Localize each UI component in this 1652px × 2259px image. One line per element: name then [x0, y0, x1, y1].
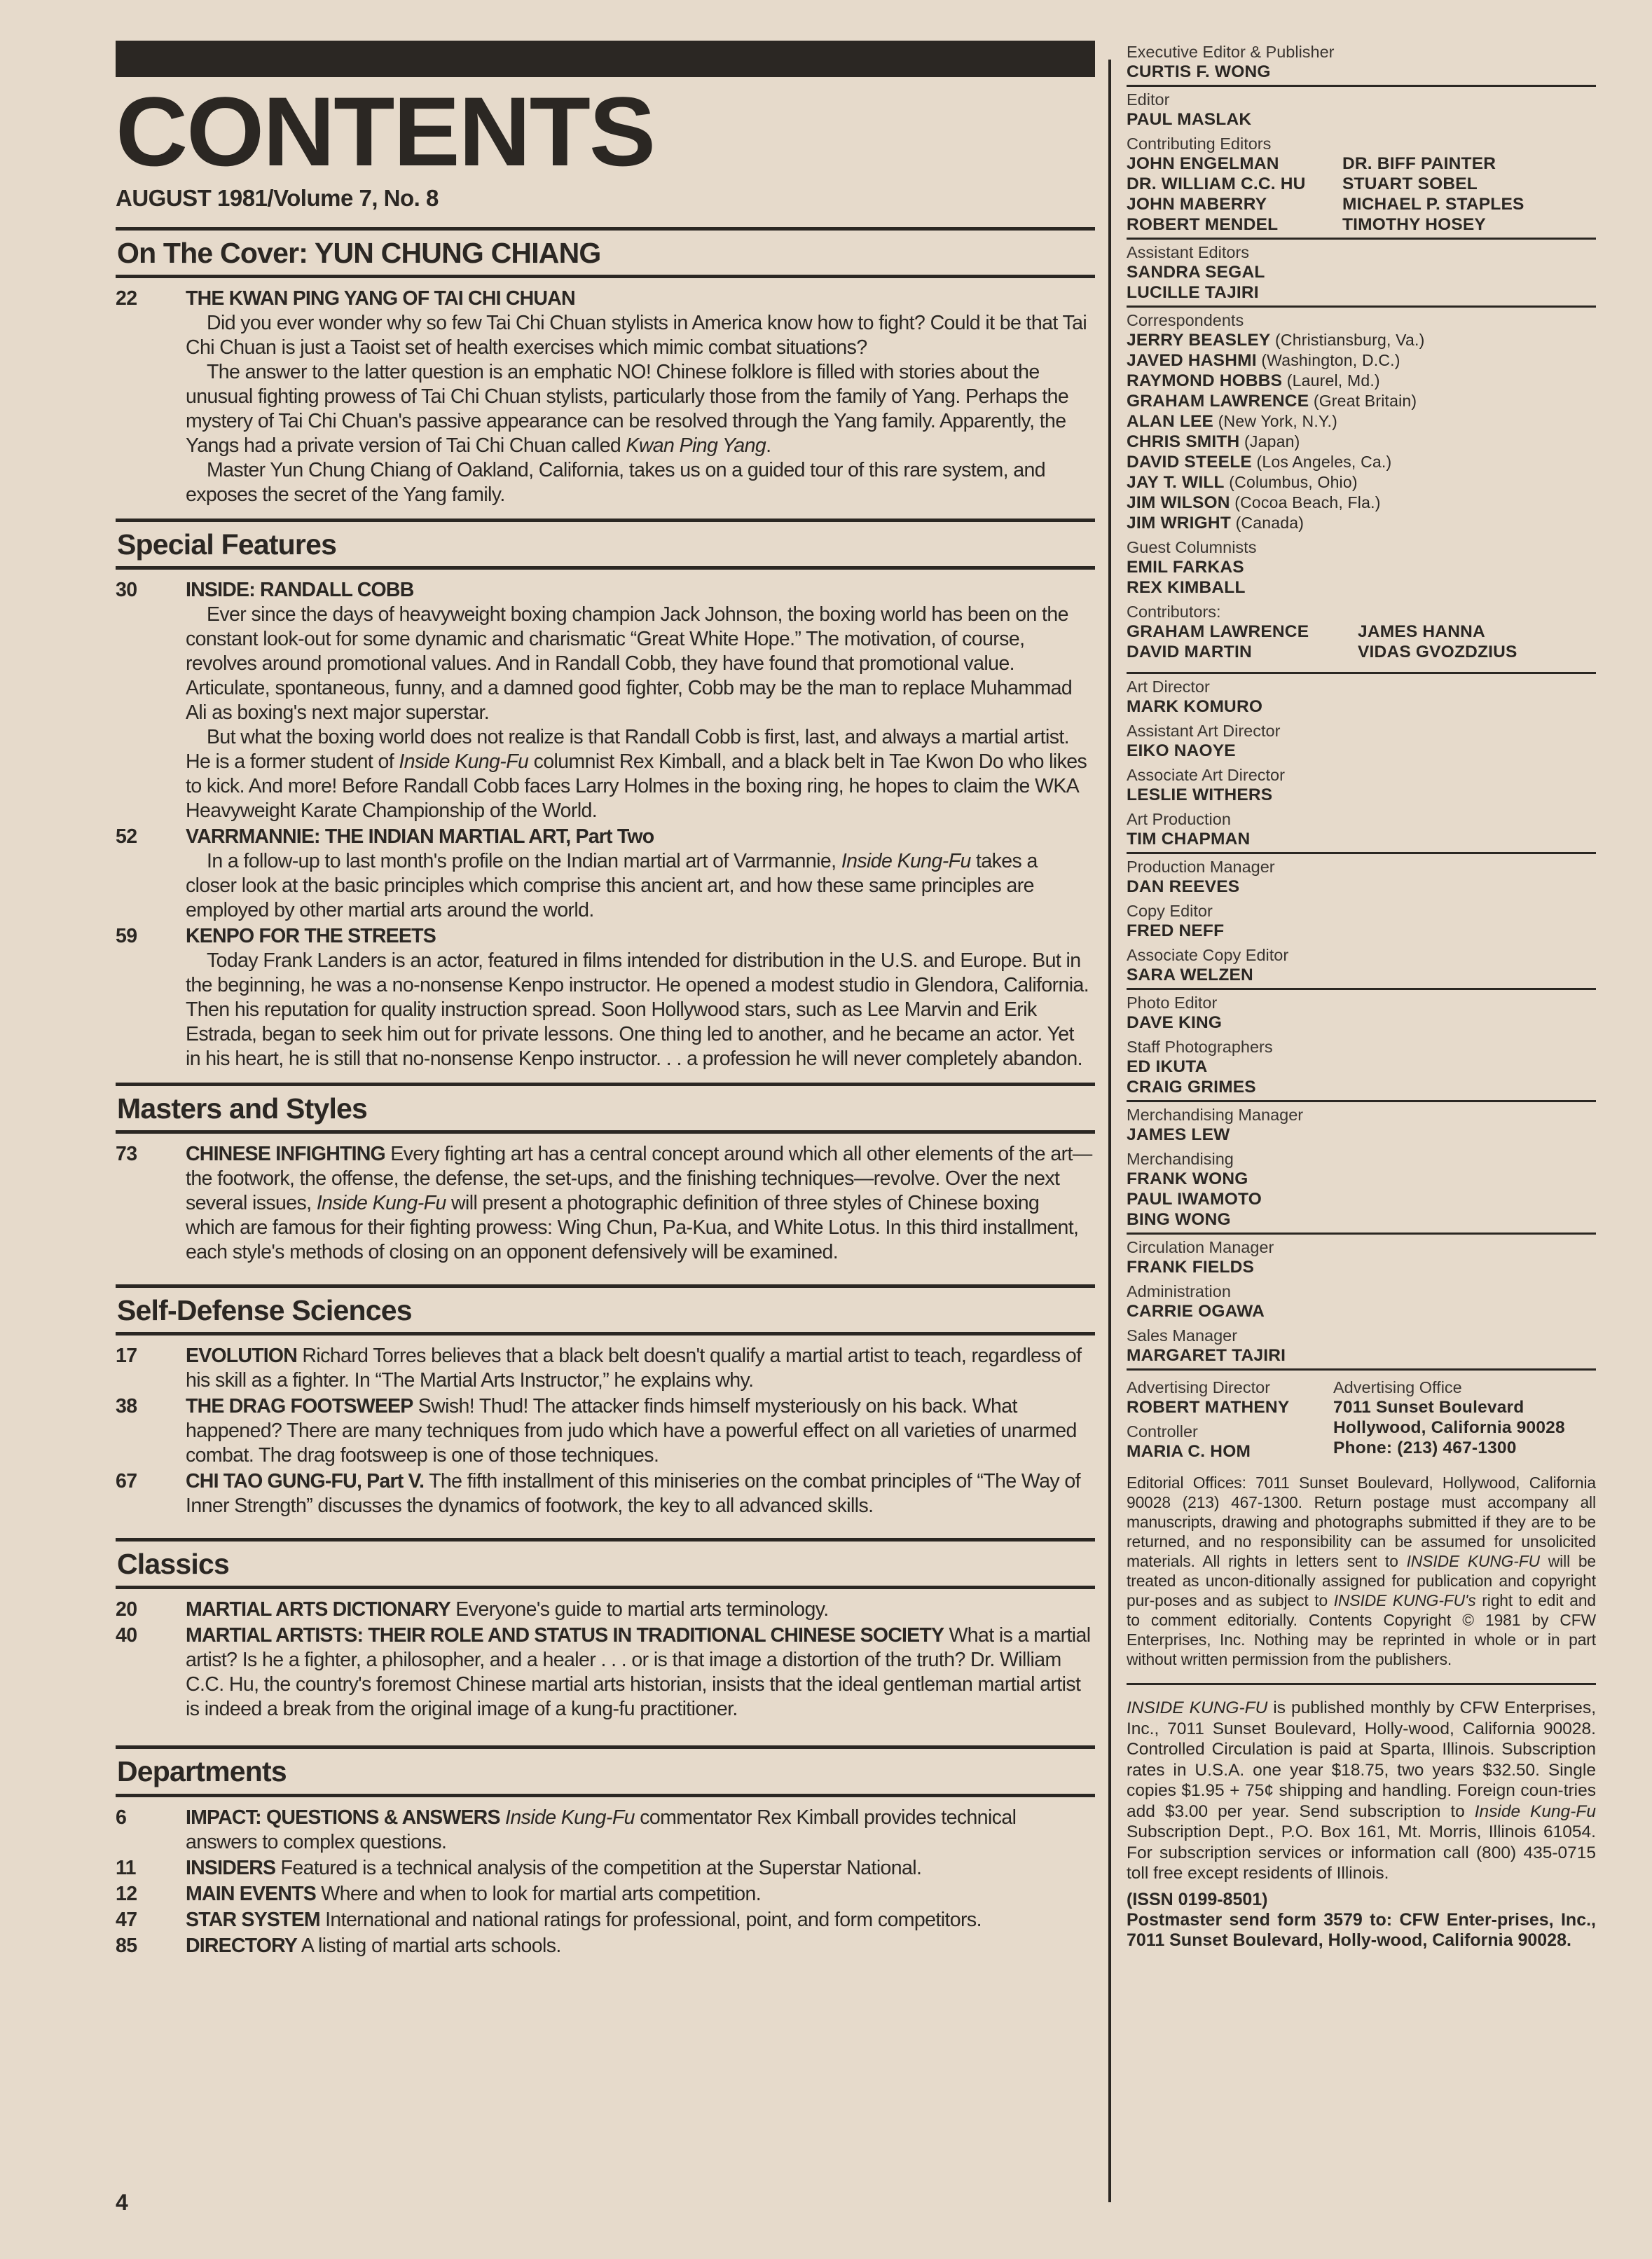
entry-page-number: 11 — [116, 1856, 186, 1881]
masthead-column: Executive Editor & Publisher CURTIS F. W… — [1127, 39, 1596, 1951]
guest-columnists-list: EMIL FARKASREX KIMBALL — [1127, 557, 1596, 598]
entry-page-number: 59 — [116, 924, 186, 1071]
entry-title[interactable]: IMPACT: QUESTIONS & ANSWERS — [186, 1806, 500, 1829]
role-label: Merchandising Manager — [1127, 1105, 1596, 1125]
staff-name: ROBERT MATHENY — [1127, 1397, 1333, 1417]
contents-section: Special Features30INSIDE: RANDALL COBBEv… — [116, 519, 1095, 1071]
toc-entry[interactable]: 59KENPO FOR THE STREETSToday Frank Lande… — [116, 924, 1095, 1071]
correspondent-location: (Columbus, Ohio) — [1225, 473, 1358, 491]
entry-body: INSIDE: RANDALL COBBEver since the days … — [186, 578, 1095, 823]
entry-body: EVOLUTION Richard Torres believes that a… — [186, 1344, 1095, 1393]
staff-name: CURTIS F. WONG — [1127, 62, 1596, 82]
entry-description: Everyone's guide to martial arts termino… — [450, 1598, 829, 1621]
correspondent-name: JIM WRIGHT — [1127, 514, 1231, 533]
entry-page-number: 85 — [116, 1934, 186, 1958]
staff-name: PAUL MASLAK — [1127, 109, 1596, 130]
toc-entry[interactable]: 47STAR SYSTEM International and national… — [116, 1908, 1095, 1932]
role-label: Merchandising — [1127, 1149, 1596, 1169]
toc-entry[interactable]: 38THE DRAG FOOTSWEEP Swish! Thud! The at… — [116, 1394, 1095, 1468]
role-label: Production Manager — [1127, 857, 1596, 877]
entry-body: MARTIAL ARTS DICTIONARY Everyone's guide… — [186, 1598, 1095, 1622]
correspondent-location: (Laurel, Md.) — [1282, 371, 1380, 390]
staff-name: SARA WELZEN — [1127, 965, 1596, 985]
entry-body: KENPO FOR THE STREETSToday Frank Landers… — [186, 924, 1095, 1071]
entry-list: 22THE KWAN PING YANG OF TAI CHI CHUANDid… — [116, 278, 1095, 507]
magazine-contents-page: CONTENTS AUGUST 1981/Volume 7, No. 8 On … — [0, 0, 1652, 2259]
entry-page-number: 73 — [116, 1142, 186, 1265]
role-label: Contributors: — [1127, 602, 1596, 622]
entry-page-number: 20 — [116, 1598, 186, 1622]
section-heading: Departments — [116, 1745, 1095, 1797]
toc-entry[interactable]: 6IMPACT: QUESTIONS & ANSWERS Inside Kung… — [116, 1806, 1095, 1855]
entry-page-number: 12 — [116, 1882, 186, 1907]
role-label: Copy Editor — [1127, 901, 1596, 921]
entry-body: INSIDERS Featured is a technical analysi… — [186, 1856, 1095, 1881]
staff-exec: Executive Editor & Publisher CURTIS F. W… — [1127, 42, 1596, 87]
entry-list: 30INSIDE: RANDALL COBBEver since the day… — [116, 570, 1095, 1071]
page-title: CONTENTS — [116, 83, 1115, 181]
entry-description: Ever since the days of heavyweight boxin… — [186, 603, 1092, 725]
staff-name: ROBERT MENDEL — [1127, 214, 1342, 235]
entry-title[interactable]: KENPO FOR THE STREETS — [186, 924, 1092, 949]
correspondent-name: JAVED HASHMI — [1127, 351, 1257, 370]
staff-name: JOHN ENGELMAN — [1127, 153, 1342, 174]
role-label: Circulation Manager — [1127, 1237, 1596, 1257]
correspondent-location: (Great Britain) — [1309, 392, 1417, 410]
correspondent: CHRIS SMITH (Japan) — [1127, 432, 1596, 452]
role-label: Correspondents — [1127, 310, 1596, 330]
contents-section: On The Cover: YUN CHUNG CHIANG22THE KWAN… — [116, 227, 1095, 507]
correspondent-location: (Christiansburg, Va.) — [1270, 331, 1424, 349]
entry-list: 20MARTIAL ARTS DICTIONARY Everyone's gui… — [116, 1589, 1095, 1722]
contents-column: CONTENTS AUGUST 1981/Volume 7, No. 8 On … — [116, 41, 1095, 1958]
staff-production: Production ManagerDAN REEVESCopy EditorF… — [1127, 857, 1596, 990]
staff-name: MARGARET TAJIRI — [1127, 1345, 1596, 1366]
entry-body: MAIN EVENTS Where and when to look for m… — [186, 1882, 1095, 1907]
entry-page-number: 67 — [116, 1469, 186, 1518]
section-heading: Classics — [116, 1538, 1095, 1589]
toc-entry[interactable]: 52VARRMANNIE: THE INDIAN MARTIAL ART, Pa… — [116, 825, 1095, 923]
entry-body: CHINESE INFIGHTING Every fighting art ha… — [186, 1142, 1095, 1265]
correspondent-location: (Japan) — [1239, 432, 1300, 451]
role-label: Associate Art Director — [1127, 765, 1596, 785]
correspondent-location: (Canada) — [1231, 514, 1304, 532]
staff-name: Phone: (213) 467-1300 — [1333, 1438, 1596, 1458]
entry-body: IMPACT: QUESTIONS & ANSWERS Inside Kung-… — [186, 1806, 1095, 1855]
entry-title[interactable]: MARTIAL ARTS DICTIONARY — [186, 1598, 450, 1621]
entry-page-number: 47 — [116, 1908, 186, 1932]
toc-entry[interactable]: 11INSIDERS Featured is a technical analy… — [116, 1856, 1095, 1881]
staff-assistant-editors: Assistant Editors SANDRA SEGALLUCILLE TA… — [1127, 242, 1596, 308]
entry-body: THE DRAG FOOTSWEEP Swish! Thud! The atta… — [186, 1394, 1095, 1468]
staff-name: JOHN MABERRY — [1127, 194, 1342, 214]
staff-name: ED IKUTA — [1127, 1057, 1596, 1077]
entry-body: STAR SYSTEM International and national r… — [186, 1908, 1095, 1932]
entry-description: Richard Torres believes that a black bel… — [186, 1345, 1081, 1392]
correspondent-location: (Cocoa Beach, Fla.) — [1230, 493, 1381, 511]
advertising-block: Advertising Director ROBERT MATHENY Cont… — [1127, 1373, 1596, 1462]
correspondent-name: JERRY BEASLEY — [1127, 331, 1270, 350]
entry-description: A listing of martial arts schools. — [297, 1935, 561, 1957]
staff-name: EIKO NAOYE — [1127, 741, 1596, 761]
staff-name: LESLIE WITHERS — [1127, 785, 1596, 805]
staff-name: DAN REEVES — [1127, 877, 1596, 897]
toc-entry[interactable]: 20MARTIAL ARTS DICTIONARY Everyone's gui… — [116, 1598, 1095, 1622]
contents-section: Classics20MARTIAL ARTS DICTIONARY Everyo… — [116, 1538, 1095, 1722]
staff-name: TIMOTHY HOSEY — [1342, 214, 1596, 235]
role-label: Staff Photographers — [1127, 1037, 1596, 1057]
staff-name: MARIA C. HOM — [1127, 1441, 1333, 1462]
staff-name: BING WONG — [1127, 1209, 1596, 1230]
role-label: Editor — [1127, 90, 1596, 109]
entry-title[interactable]: THE KWAN PING YANG OF TAI CHI CHUAN — [186, 287, 1092, 311]
office-address: 7011 Sunset BoulevardHollywood, Californ… — [1333, 1397, 1596, 1458]
role-label: Sales Manager — [1127, 1326, 1596, 1345]
entry-description: Today Frank Landers is an actor, feature… — [186, 949, 1092, 1071]
role-label: Assistant Art Director — [1127, 721, 1596, 741]
staff-name: DR. WILLIAM C.C. HU — [1127, 174, 1342, 194]
correspondent: JERRY BEASLEY (Christiansburg, Va.) — [1127, 330, 1596, 350]
role-label: Controller — [1127, 1422, 1333, 1441]
role-label: Photo Editor — [1127, 993, 1596, 1012]
role-label: Advertising Director — [1127, 1378, 1333, 1397]
staff-name: DAVID MARTIN — [1127, 642, 1358, 662]
entry-body: VARRMANNIE: THE INDIAN MARTIAL ART, Part… — [186, 825, 1095, 923]
entry-page-number: 52 — [116, 825, 186, 923]
correspondent: ALAN LEE (New York, N.Y.) — [1127, 411, 1596, 432]
staff-name: GRAHAM LAWRENCE — [1127, 622, 1358, 642]
staff-art: Art DirectorMARK KOMUROAssistant Art Dir… — [1127, 677, 1596, 854]
role-label: Guest Columnists — [1127, 537, 1596, 557]
contributors-list: GRAHAM LAWRENCEJAMES HANNADAVID MARTINVI… — [1127, 622, 1596, 662]
correspondent: JAVED HASHMI (Washington, D.C.) — [1127, 350, 1596, 371]
entry-page-number: 6 — [116, 1806, 186, 1855]
role-label: Art Director — [1127, 677, 1596, 696]
column-divider — [1108, 60, 1111, 2202]
role-label: Associate Copy Editor — [1127, 945, 1596, 965]
entry-body: MARTIAL ARTISTS: THEIR ROLE AND STATUS I… — [186, 1623, 1095, 1722]
entry-page-number: 40 — [116, 1623, 186, 1722]
entry-title[interactable]: INSIDERS — [186, 1857, 275, 1879]
issue-date: AUGUST 1981/Volume 7, No. 8 — [116, 185, 1095, 212]
staff-name: JAMES HANNA — [1358, 622, 1596, 642]
entry-list: 17EVOLUTION Richard Torres believes that… — [116, 1336, 1095, 1518]
entry-title[interactable]: STAR SYSTEM — [186, 1909, 320, 1931]
staff-name: JAMES LEW — [1127, 1125, 1596, 1145]
toc-entry[interactable]: 17EVOLUTION Richard Torres believes that… — [116, 1344, 1095, 1393]
correspondent-name: RAYMOND HOBBS — [1127, 371, 1282, 390]
role-label: Contributing Editors — [1127, 134, 1596, 153]
entry-title[interactable]: VARRMANNIE: THE INDIAN MARTIAL ART, Part… — [186, 825, 1092, 849]
correspondent: JIM WILSON (Cocoa Beach, Fla.) — [1127, 493, 1596, 513]
publication-notice: INSIDE KUNG-FU is published monthly by C… — [1127, 1698, 1596, 1884]
toc-entry[interactable]: 67CHI TAO GUNG-FU, Part V. The fifth ins… — [116, 1469, 1095, 1518]
staff-name: FRED NEFF — [1127, 921, 1596, 941]
correspondent-name: DAVID STEELE — [1127, 453, 1252, 472]
staff-editors: Editor PAUL MASLAK Contributing Editors … — [1127, 90, 1596, 240]
staff-photo: Photo EditorDAVE KINGStaff Photographers… — [1127, 993, 1596, 1102]
sections-container: On The Cover: YUN CHUNG CHIANG22THE KWAN… — [116, 227, 1095, 1958]
correspondent-location: (Washington, D.C.) — [1257, 351, 1400, 369]
correspondent-name: JAY T. WILL — [1127, 473, 1225, 492]
staff-name: MICHAEL P. STAPLES — [1342, 194, 1596, 214]
issn: (ISSN 0199-8501) — [1127, 1890, 1596, 1910]
toc-entry[interactable]: 73CHINESE INFIGHTING Every fighting art … — [116, 1142, 1095, 1265]
section-heading: On The Cover: YUN CHUNG CHIANG — [116, 227, 1095, 278]
entry-description: Master Yun Chung Chiang of Oakland, Cali… — [186, 458, 1092, 507]
staff-correspondents: Correspondents JERRY BEASLEY (Christians… — [1127, 310, 1596, 674]
correspondents-list: JERRY BEASLEY (Christiansburg, Va.)JAVED… — [1127, 330, 1596, 533]
advertising-staff: Advertising Director ROBERT MATHENY Cont… — [1127, 1375, 1333, 1462]
contents-section: Departments6IMPACT: QUESTIONS & ANSWERS … — [116, 1745, 1095, 1958]
staff-name: CARRIE OGAWA — [1127, 1301, 1596, 1321]
toc-entry[interactable]: 30INSIDE: RANDALL COBBEver since the day… — [116, 578, 1095, 823]
staff-name: CRAIG GRIMES — [1127, 1077, 1596, 1097]
role-label: Art Production — [1127, 809, 1596, 829]
advertising-office: Advertising Office 7011 Sunset Boulevard… — [1333, 1375, 1596, 1462]
entry-title[interactable]: EVOLUTION — [186, 1345, 297, 1367]
entry-page-number: 30 — [116, 578, 186, 823]
staff-name: PAUL IWAMOTO — [1127, 1189, 1596, 1209]
entry-description: But what the boxing world does not reali… — [186, 725, 1092, 823]
contents-section: Self-Defense Sciences17EVOLUTION Richard… — [116, 1284, 1095, 1518]
staff-circulation: Circulation ManagerFRANK FIELDSAdministr… — [1127, 1237, 1596, 1371]
correspondent: RAYMOND HOBBS (Laurel, Md.) — [1127, 371, 1596, 391]
entry-list: 73CHINESE INFIGHTING Every fighting art … — [116, 1134, 1095, 1265]
toc-entry[interactable]: 40MARTIAL ARTISTS: THEIR ROLE AND STATUS… — [116, 1623, 1095, 1722]
entry-page-number: 17 — [116, 1344, 186, 1393]
entry-title[interactable]: MARTIAL ARTISTS: THEIR ROLE AND STATUS I… — [186, 1624, 944, 1647]
correspondent-name: JIM WILSON — [1127, 493, 1230, 512]
contents-section: Masters and Styles73CHINESE INFIGHTING E… — [116, 1083, 1095, 1265]
entry-page-number: 22 — [116, 287, 186, 507]
toc-entry[interactable]: 12MAIN EVENTS Where and when to look for… — [116, 1882, 1095, 1907]
header-black-bar — [116, 41, 1095, 77]
role-label: Assistant Editors — [1127, 242, 1596, 262]
staff-name: DR. BIFF PAINTER — [1342, 153, 1596, 174]
staff-name: FRANK FIELDS — [1127, 1257, 1596, 1277]
role-label: Advertising Office — [1333, 1378, 1596, 1397]
staff-name: VIDAS GVOZDZIUS — [1358, 642, 1596, 662]
entry-page-number: 38 — [116, 1394, 186, 1468]
contributing-editors-list: JOHN ENGELMANDR. BIFF PAINTERDR. WILLIAM… — [1127, 153, 1596, 235]
correspondent-name: CHRIS SMITH — [1127, 432, 1239, 451]
editorial-notice: Editorial Offices: 7011 Sunset Boulevard… — [1127, 1473, 1596, 1685]
entry-description: International and national ratings for p… — [320, 1909, 982, 1931]
entry-body: DIRECTORY A listing of martial arts scho… — [186, 1934, 1095, 1958]
staff-name: DAVE KING — [1127, 1012, 1596, 1033]
role-label: Executive Editor & Publisher — [1127, 42, 1596, 62]
correspondent-location: (New York, N.Y.) — [1213, 412, 1337, 430]
staff-name: FRANK WONG — [1127, 1169, 1596, 1189]
staff-name: LUCILLE TAJIRI — [1127, 282, 1596, 303]
entry-description: Did you ever wonder why so few Tai Chi C… — [186, 311, 1092, 360]
staff-name: SANDRA SEGAL — [1127, 262, 1596, 282]
staff-merchandising: Merchandising ManagerJAMES LEWMerchandis… — [1127, 1105, 1596, 1235]
entry-description: In a follow-up to last month's profile o… — [186, 849, 1092, 923]
entry-title[interactable]: INSIDE: RANDALL COBB — [186, 578, 1092, 603]
correspondent: JIM WRIGHT (Canada) — [1127, 513, 1596, 533]
correspondent: DAVID STEELE (Los Angeles, Ca.) — [1127, 452, 1596, 472]
role-label: Administration — [1127, 1282, 1596, 1301]
section-heading: Self-Defense Sciences — [116, 1284, 1095, 1336]
section-heading: Masters and Styles — [116, 1083, 1095, 1134]
correspondent-location: (Los Angeles, Ca.) — [1252, 453, 1391, 471]
entry-body: THE KWAN PING YANG OF TAI CHI CHUANDid y… — [186, 287, 1095, 507]
staff-name: TIM CHAPMAN — [1127, 829, 1596, 849]
staff-name: Hollywood, California 90028 — [1333, 1417, 1596, 1438]
entry-description: The answer to the latter question is an … — [186, 360, 1092, 458]
staff-name: EMIL FARKAS — [1127, 557, 1596, 577]
staff-name: STUART SOBEL — [1342, 174, 1596, 194]
entry-description: Featured is a technical analysis of the … — [275, 1857, 921, 1879]
entry-title[interactable]: CHINESE INFIGHTING — [186, 1143, 385, 1165]
toc-entry[interactable]: 22THE KWAN PING YANG OF TAI CHI CHUANDid… — [116, 287, 1095, 507]
correspondent: GRAHAM LAWRENCE (Great Britain) — [1127, 391, 1596, 411]
entry-body: CHI TAO GUNG-FU, Part V. The fifth insta… — [186, 1469, 1095, 1518]
toc-entry[interactable]: 85DIRECTORY A listing of martial arts sc… — [116, 1934, 1095, 1958]
correspondent-name: ALAN LEE — [1127, 412, 1213, 431]
entry-list: 6IMPACT: QUESTIONS & ANSWERS Inside Kung… — [116, 1797, 1095, 1958]
entry-title[interactable]: CHI TAO GUNG-FU, Part V. — [186, 1470, 424, 1492]
correspondent: JAY T. WILL (Columbus, Ohio) — [1127, 472, 1596, 493]
correspondent-name: GRAHAM LAWRENCE — [1127, 392, 1309, 411]
entry-title[interactable]: MAIN EVENTS — [186, 1883, 316, 1905]
assistant-editors-list: SANDRA SEGALLUCILLE TAJIRI — [1127, 262, 1596, 303]
page-number: 4 — [116, 2190, 128, 2216]
entry-description: Where and when to look for martial arts … — [316, 1883, 761, 1905]
staff-name: MARK KOMURO — [1127, 696, 1596, 717]
postmaster-notice: Postmaster send form 3579 to: CFW Enter-… — [1127, 1910, 1596, 1951]
entry-title[interactable]: DIRECTORY — [186, 1935, 297, 1957]
staff-name: REX KIMBALL — [1127, 577, 1596, 598]
staff-name: 7011 Sunset Boulevard — [1333, 1397, 1596, 1417]
entry-title[interactable]: THE DRAG FOOTSWEEP — [186, 1395, 413, 1417]
section-heading: Special Features — [116, 519, 1095, 570]
